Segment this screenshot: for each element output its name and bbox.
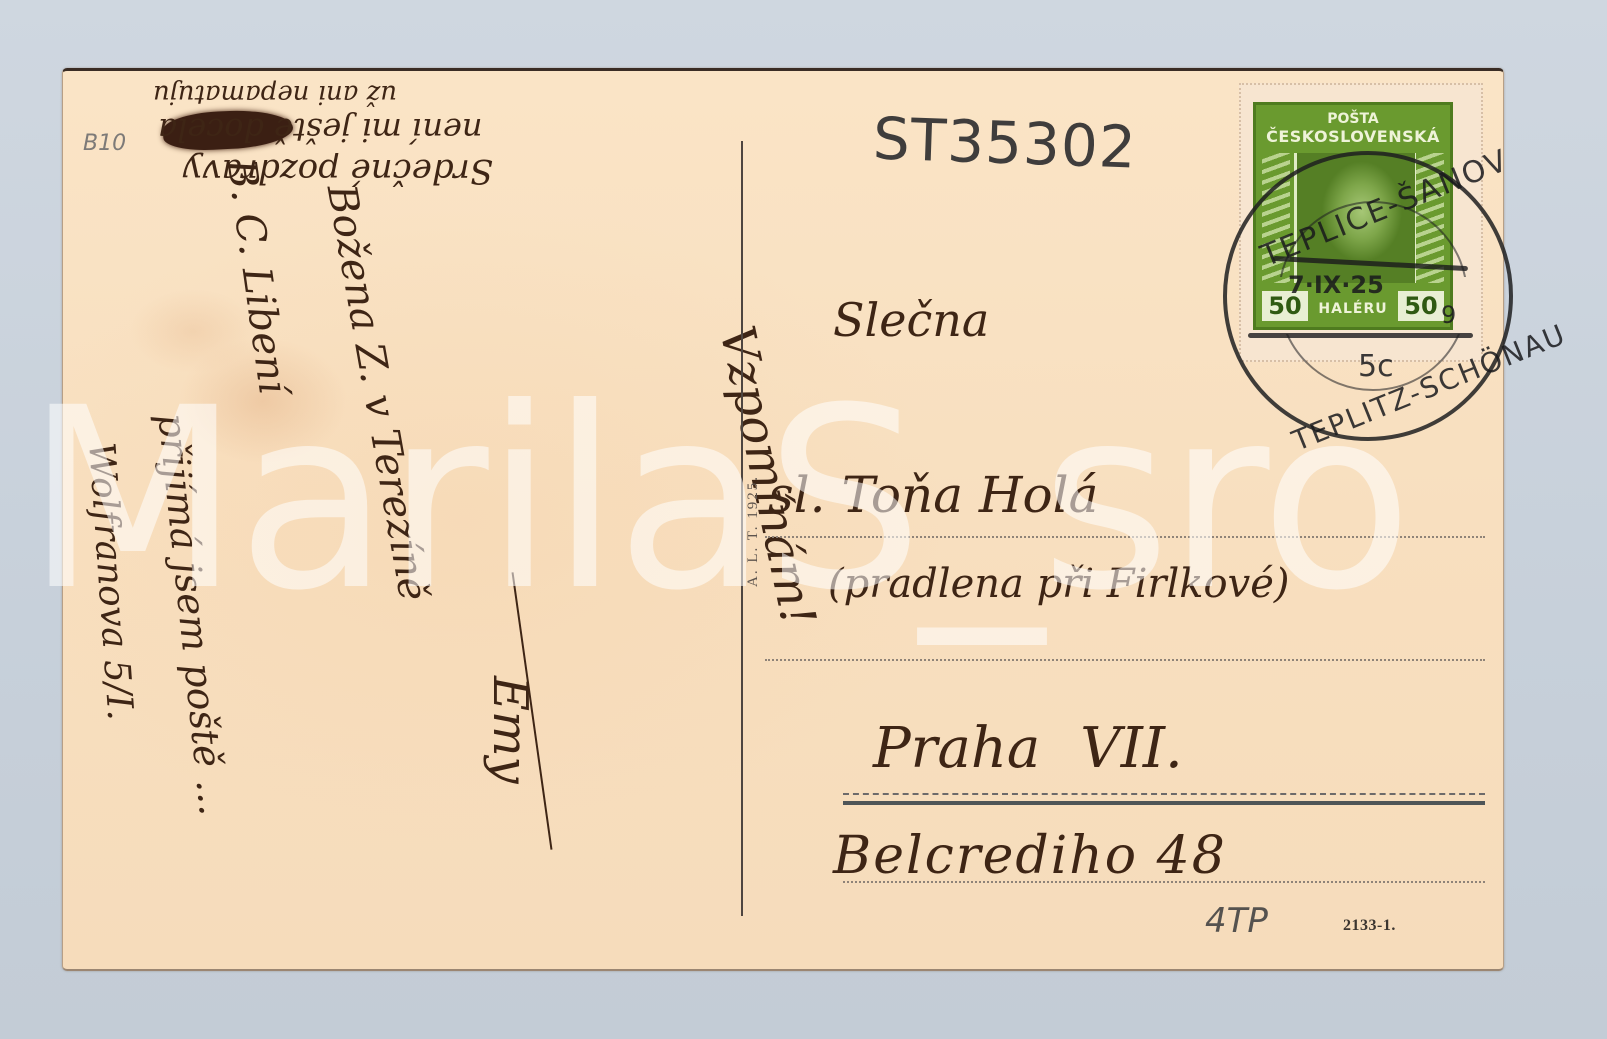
stamp-title: POŠTA ČESKOSLOVENSKÁ (1256, 111, 1450, 145)
message-column-5: Wolfranova 5/I. (80, 441, 140, 722)
message-top-line-2: není mi ještě docela (158, 111, 482, 149)
message-column-3: B. C. Libení (217, 156, 295, 397)
address-city: PrahaVII. (873, 716, 1183, 781)
address-street: Belcrediho 48 (833, 826, 1227, 886)
publisher-imprint: A. L. T. 1925. (743, 461, 763, 601)
message-top-line-1: už ani nepamatuju (153, 79, 397, 109)
stamp-country-line-2: ČESKOSLOVENSKÁ (1256, 128, 1450, 145)
address-note: (pradlena při Firlkové) (828, 561, 1289, 607)
postmark-hour: 9 (1441, 301, 1456, 329)
postmark-office-code: 5c (1358, 349, 1394, 384)
address-city-name: Praha (873, 716, 1040, 781)
address-name: sl. Toňa Holá (768, 466, 1098, 524)
message-column-4: přijímá jsem poště ... (149, 411, 235, 817)
postmark-bar-lower (1248, 333, 1473, 338)
address-line-1 (765, 536, 1485, 538)
card-number: 2133-1. (1343, 917, 1396, 935)
address-district: VII. (1080, 716, 1182, 781)
postcard: už ani nepamatuju není mi ještě docela S… (62, 68, 1504, 971)
stock-number: ST35302 (872, 104, 1138, 181)
postmark-date: 7·IX·25 (1288, 271, 1384, 299)
stamp-country-line-1: POŠTA (1256, 111, 1450, 128)
address-salutation: Slečna (833, 293, 989, 347)
corner-code: B10 (83, 131, 126, 156)
address-line-2 (765, 659, 1485, 661)
message-column-2: Božena Z. v Terezíně (318, 181, 437, 604)
bottom-code: 4TP (1205, 901, 1268, 941)
address-line-3-lower (843, 801, 1485, 805)
address-line-3-upper (843, 793, 1485, 795)
